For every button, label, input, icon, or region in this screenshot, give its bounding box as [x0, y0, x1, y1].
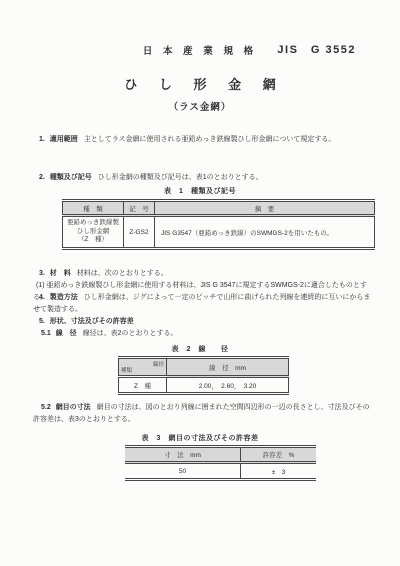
- document-subtitle: （ラス金網）: [0, 99, 400, 113]
- cell-size: 50: [125, 463, 241, 480]
- table-row: 亜鉛めっき鉄線製 ひし形金網 （Z 種） Z-GS2 JIS G3547（亜鉛め…: [63, 216, 375, 249]
- cell-kind: 亜鉛めっき鉄線製 ひし形金網 （Z 種）: [63, 216, 124, 249]
- section-number: 2.: [39, 174, 45, 181]
- section-2-types: 2. 種類及び記号 ひし形金網の種類及び記号は、表1のとおりとする。: [33, 172, 371, 184]
- column-header-size: 寸 法 mm: [125, 447, 241, 463]
- table-row: 50 ± 3: [125, 463, 316, 480]
- diagonal-label-bottom: 種類: [121, 366, 132, 374]
- section-3-materials: 3. 材 料 材料は、次のとおりとする。: [33, 268, 371, 280]
- column-header-kind: 種 類: [63, 201, 124, 216]
- section-heading: 種類及び記号: [50, 174, 92, 181]
- section-5-1-wire-diameter: 5.1 線 径 線径は、表2のとおりとする。: [33, 328, 371, 340]
- section-number: 1.: [39, 136, 45, 143]
- section-body: 線径は、表2のとおりとする。: [83, 330, 178, 337]
- cell-kind: Z 種: [119, 377, 167, 394]
- section-number: 5.: [39, 318, 45, 325]
- section-4-manufacturing: 4. 製造方法 ひし形金網は、ジグによって一定のピッチで山形に曲げられた列線を連…: [33, 292, 371, 315]
- table-1-title: 表 1 種類及び記号: [0, 186, 400, 196]
- kind-line-3: （Z 種）: [65, 236, 121, 245]
- diagonal-label-top: 線径: [153, 360, 164, 368]
- section-number: 5.2: [41, 404, 51, 411]
- standard-number: JIS G 3552: [277, 41, 356, 57]
- cell-remark: JIS G3547（亜鉛めっき鉄線）のSWMGS-2を用いたもの。: [155, 216, 375, 249]
- column-header-diameter: 線 径 mm: [167, 358, 289, 377]
- document-title: ひ し 形 金 網: [0, 74, 400, 93]
- table-row: Z 種 2.00， 2.60， 3.20: [119, 377, 289, 394]
- cell-tolerance: ± 3: [241, 463, 317, 480]
- section-number: 4.: [39, 294, 45, 301]
- table-1-types-symbols: 種 類 記 号 摘 要 亜鉛めっき鉄線製 ひし形金網 （Z 種） Z-GS2 J…: [62, 199, 375, 250]
- column-header-tolerance: 許容差 %: [241, 447, 317, 463]
- table-2-title: 表 2 線 径: [0, 344, 400, 354]
- section-body: 材料は、次のとおりとする。: [77, 270, 168, 277]
- section-body: ひし形金網の種類及び記号は、表1のとおりとする。: [98, 174, 263, 181]
- section-5-shape-dimensions: 5. 形状、寸法及びその許容差: [33, 316, 371, 328]
- section-5-2-mesh-size: 5.2 網目の寸法 網目の寸法は、図のとおり列線に囲まれた空間四辺形の一辺の長さ…: [33, 402, 371, 425]
- section-body: 主としてラス金網に使用される亜鉛めっき鉄線製ひし形金網について規定する。: [84, 136, 336, 143]
- section-heading: 形状、寸法及びその許容差: [50, 318, 134, 325]
- table-3-title: 表 3 網目の寸法及びその許容差: [0, 433, 400, 443]
- document-page: 日 本 産 業 規 格 JIS G 3552 ひ し 形 金 網 （ラス金網） …: [0, 0, 400, 566]
- kind-line-1: 亜鉛めっき鉄線製: [65, 219, 121, 228]
- table-2-wire-diameter: 線径 種類 線 径 mm Z 種 2.00， 2.60， 3.20: [118, 356, 289, 395]
- section-heading: 製造方法: [50, 294, 78, 301]
- cell-diameter-values: 2.00， 2.60， 3.20: [167, 377, 289, 394]
- section-heading: 線 径: [56, 330, 77, 337]
- table-header-row: 種 類 記 号 摘 要: [63, 201, 375, 216]
- section-heading: 適用範囲: [50, 136, 78, 143]
- section-heading: 材 料: [50, 270, 71, 277]
- section-heading: 網目の寸法: [56, 404, 91, 411]
- kind-line-2: ひし形金網: [65, 228, 121, 237]
- table-header-row: 寸 法 mm 許容差 %: [125, 447, 316, 463]
- section-body: ひし形金網は、ジグによって一定のピッチで山形に曲げられた列線を連続的に互いにから…: [33, 294, 370, 313]
- column-header-symbol: 記 号: [124, 201, 155, 216]
- section-number: 3.: [39, 270, 45, 277]
- section-number: 5.1: [41, 330, 51, 337]
- table-3-mesh-size-tolerance: 寸 法 mm 許容差 % 50 ± 3: [125, 445, 316, 481]
- table-header-row: 線径 種類 線 径 mm: [119, 358, 289, 377]
- section-1-scope: 1. 適用範囲 主としてラス金網に使用される亜鉛めっき鉄線製ひし形金網について規…: [33, 134, 371, 146]
- cell-symbol: Z-GS2: [124, 216, 155, 249]
- column-header-remark: 摘 要: [155, 201, 375, 216]
- diagonal-header-cell: 線径 種類: [119, 358, 167, 377]
